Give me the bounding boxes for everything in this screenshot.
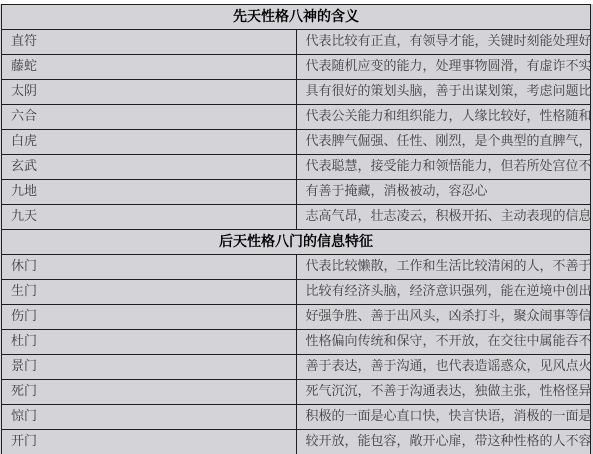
- table-row: 六合 代表公关能力和组织能力，人缘比较好，性格随和，与各种人群都能和睦相处。: [2, 105, 591, 130]
- term-cell: 六合: [2, 105, 297, 130]
- table-row: 白虎 代表脾气倔强、任性、刚烈，是个典型的直脾气，有意见当面摆出来。: [2, 130, 591, 155]
- table-row: 死门 死气沉沉，不善于沟通表达，独做主张，性格怪异: [2, 380, 591, 405]
- term-cell: 太阴: [2, 80, 297, 105]
- table-row: 藤蛇 代表随机应变的能力，处理事物圆滑，有虚诈不实的现象，善于撒谎。: [2, 55, 591, 80]
- section-title: 先天性格八神的含义: [2, 5, 591, 30]
- term-cell: 杜门: [2, 330, 297, 355]
- description-cell: 代表随机应变的能力，处理事物圆滑，有虚诈不实的现象，善于撒谎。: [296, 55, 591, 80]
- page: 先天性格八神的含义 直符 代表比较有正直，有领导才能，关键时刻能处理好危急事物，…: [0, 4, 593, 454]
- description-cell: 代表比较懒散，工作和生活比较清闲的人，不善于处理家务。: [296, 255, 591, 280]
- term-cell: 伤门: [2, 305, 297, 330]
- term-cell: 白虎: [2, 130, 297, 155]
- table-row: 直符 代表比较有正直，有领导才能，关键时刻能处理好危急事物，比较善于帮助别人。: [2, 30, 591, 55]
- table-row: 生门 比较有经济头脑，经济意识强列，能在逆境中创出一条生路来。: [2, 280, 591, 305]
- section-title: 后天性格八门的信息特征: [2, 230, 591, 255]
- term-cell: 死门: [2, 380, 297, 405]
- table-row: 九地 有善于掩藏，消极被动，容忍心: [2, 180, 591, 205]
- table-row: 景门 善于表达，善于沟通，也代表造谣惑众，见风点火: [2, 355, 591, 380]
- term-cell: 九天: [2, 205, 297, 230]
- description-cell: 好强争胜、善于出风头，凶杀打斗，聚众闹事等信息特征: [296, 305, 591, 330]
- description-cell: 性格偏向传统和保守，不开放，在交往中属能吞不能吐的人，是打了牙齿往自己肚子里咽的…: [296, 330, 591, 355]
- table-wrap: 先天性格八神的含义 直符 代表比较有正直，有领导才能，关键时刻能处理好危急事物，…: [0, 4, 593, 454]
- description-cell: 代表脾气倔强、任性、刚烈，是个典型的直脾气，有意见当面摆出来。: [296, 130, 591, 155]
- section-header-row: 后天性格八门的信息特征: [2, 230, 591, 255]
- table-row: 伤门 好强争胜、善于出风头，凶杀打斗，聚众闹事等信息特征: [2, 305, 591, 330]
- description-cell: 善于表达，善于沟通，也代表造谣惑众，见风点火: [296, 355, 591, 380]
- table-row: 休门 代表比较懒散，工作和生活比较清闲的人，不善于处理家务。: [2, 255, 591, 280]
- table-row: 杜门 性格偏向传统和保守，不开放，在交往中属能吞不能吐的人，是打了牙齿往自己肚子…: [2, 330, 591, 355]
- description-cell: 志高气昂，壮志凌云，积极开拓、主动表现的信息特征: [296, 205, 591, 230]
- description-cell: 代表比较有正直，有领导才能，关键时刻能处理好危急事物，比较善于帮助别人。: [296, 30, 591, 55]
- term-cell: 生门: [2, 280, 297, 305]
- term-cell: 九地: [2, 180, 297, 205]
- term-cell: 玄武: [2, 155, 297, 180]
- term-cell: 藤蛇: [2, 55, 297, 80]
- term-cell: 休门: [2, 255, 297, 280]
- description-cell: 积极的一面是心直口快，快言快语，消极的一面是胆小怕事，虚惊怪异，闲话是非。: [296, 405, 591, 430]
- description-cell: 比较有经济头脑，经济意识强列，能在逆境中创出一条生路来。: [296, 280, 591, 305]
- term-cell: 惊门: [2, 405, 297, 430]
- table-row: 惊门 积极的一面是心直口快，快言快语，消极的一面是胆小怕事，虚惊怪异，闲话是非。: [2, 405, 591, 430]
- table-row: 玄武 代表聪慧，接受能力和领悟能力，但若所处宫位不利则为奸诈、小聪明的信息表现。: [2, 155, 591, 180]
- description-cell: 代表聪慧，接受能力和领悟能力，但若所处宫位不利则为奸诈、小聪明的信息表现。: [296, 155, 591, 180]
- description-cell: 代表公关能力和组织能力，人缘比较好，性格随和，与各种人群都能和睦相处。: [296, 105, 591, 130]
- table-row: 太阴 具有很好的策划头脑，善于出谋划策，考虑问题比较细腻和全面: [2, 80, 591, 105]
- term-cell: 直符: [2, 30, 297, 55]
- personality-table: 先天性格八神的含义 直符 代表比较有正直，有领导才能，关键时刻能处理好危急事物，…: [1, 4, 591, 454]
- section-header-row: 先天性格八神的含义: [2, 5, 591, 30]
- term-cell: 景门: [2, 355, 297, 380]
- description-cell: 死气沉沉，不善于沟通表达，独做主张，性格怪异: [296, 380, 591, 405]
- term-cell: 开门: [2, 430, 297, 454]
- description-cell: 有善于掩藏，消极被动，容忍心: [296, 180, 591, 205]
- table-row: 开门 较开放，能包容，敞开心扉，带这种性格的人不容易保守秘密，心里想什么不经过考…: [2, 430, 591, 454]
- description-cell: 较开放，能包容，敞开心扉，带这种性格的人不容易保守秘密，心里想什么不经过考虑就说…: [296, 430, 591, 454]
- table-row: 九天 志高气昂，壮志凌云，积极开拓、主动表现的信息特征: [2, 205, 591, 230]
- description-cell: 具有很好的策划头脑，善于出谋划策，考虑问题比较细腻和全面: [296, 80, 591, 105]
